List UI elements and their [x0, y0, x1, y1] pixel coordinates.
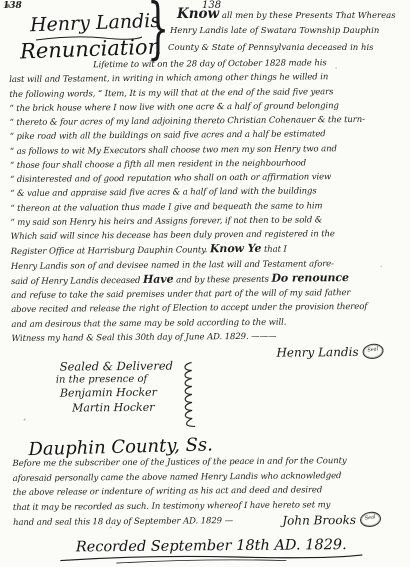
county-last-row: hand and seal this 18 day of September A… [13, 512, 409, 530]
county-line: hand and seal this 18 day of September A… [13, 514, 233, 530]
line-segment: Know [177, 6, 219, 22]
line-segment: and by these presents [173, 274, 271, 285]
witness-name: Martin Hocker [72, 400, 173, 416]
margin-entry-name: Henry Landis [30, 10, 161, 37]
witness-name: Benjamin Hocker [60, 385, 173, 401]
recorded-line: Recorded September 18th AD. 1829. [76, 537, 347, 555]
line-segment: all men by these Presents That Whereas [219, 11, 395, 21]
seal-label: Seal [367, 346, 379, 354]
sealed-delivered-line: Sealed & Delivered [60, 359, 173, 374]
deed-body: Lifetime to wit on the 28 day of October… [9, 56, 409, 565]
line-segment: that I [261, 245, 287, 255]
line-segment: Have [143, 272, 174, 285]
seal-label: Seal [364, 514, 376, 522]
document-page: 138 138 Henry Landis Renunciation } Know… [0, 0, 410, 567]
coil-brace-icon [179, 360, 198, 430]
attestation-text: Sealed & Delivered in the presence of Be… [60, 359, 174, 432]
justice-signature: John Brooks [282, 512, 356, 527]
seal-icon: Seal [359, 510, 382, 528]
recording-note: Recorded September 18th AD. 1829. [13, 534, 409, 565]
county-acknowledgment: Dauphin County, Ss. Before me the subscr… [12, 433, 409, 530]
line-segment: said of Henry Landis deceased [11, 276, 143, 287]
corner-number: 138 [3, 1, 22, 11]
deed-opening-line: County & State of Pennsylvania deceased … [168, 43, 374, 53]
brace-icon: } [147, 0, 169, 61]
grantor-signature: Henry Landis [276, 344, 358, 359]
line-segment: Do renounce [271, 271, 349, 285]
justice-signature-row: John Brooks Seal [282, 512, 381, 528]
deed-opening-line: Henry Landis late of Swatara Township Da… [170, 26, 379, 36]
line-segment: Know Ye [210, 242, 262, 255]
line-segment: Register Office at Harrisburg Dauphin Co… [11, 246, 210, 258]
attestation-block: Sealed & Delivered in the presence of Be… [60, 357, 409, 432]
deed-opening-line: Know all men by these Presents That Wher… [177, 6, 396, 22]
